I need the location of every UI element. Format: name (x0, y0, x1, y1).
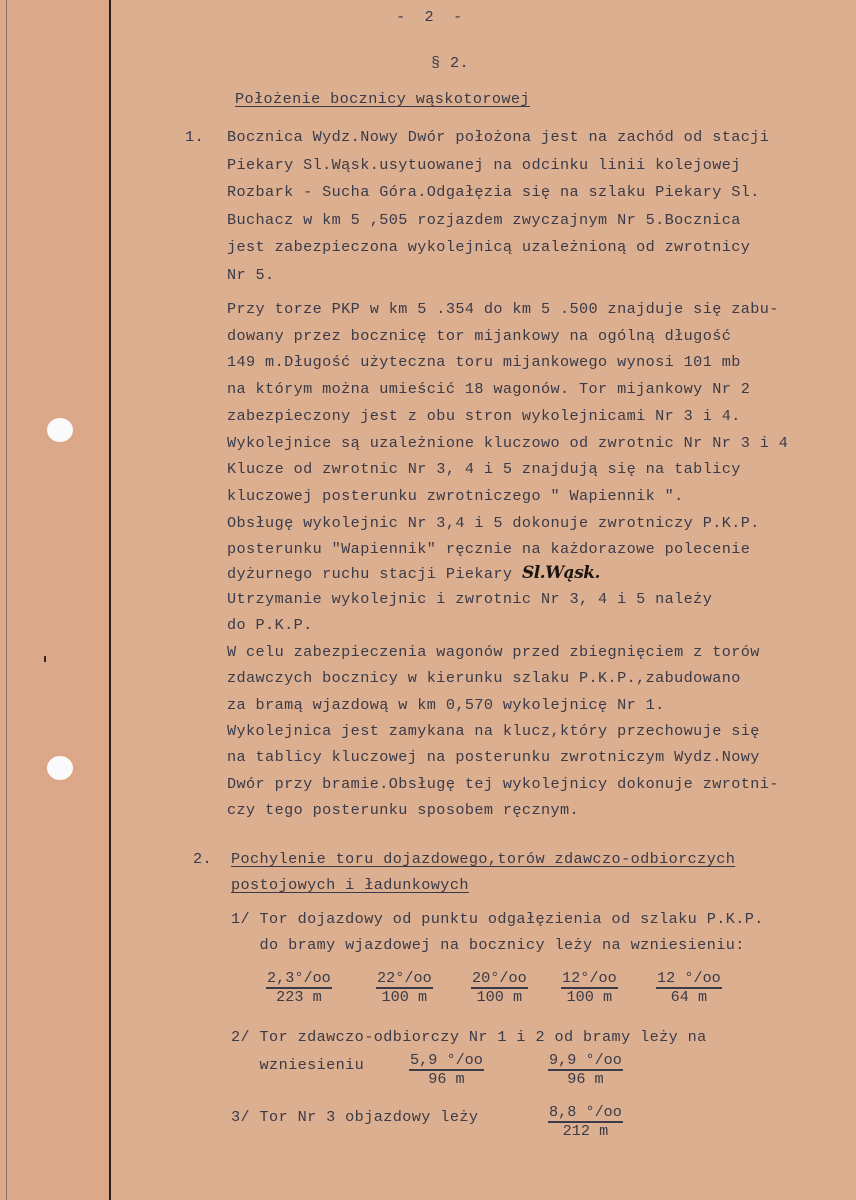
text-line: kluczowej posterunku zwrotniczego " Wapi… (227, 487, 684, 505)
gradient-value: 9,9 °/oo (548, 1052, 623, 1071)
text-line: na tablicy kluczowej na posterunku zwrot… (227, 748, 760, 766)
gradient-length: 96 m (409, 1071, 484, 1088)
text-line: Wykolejnice są uzależnione kluczowo od z… (227, 434, 788, 452)
text-line: czy tego posterunku sposobem ręcznym. (227, 801, 579, 819)
item-number: 1. (185, 128, 204, 146)
typed-page: - 2 - § 2. Położenie bocznicy wąskotorow… (111, 0, 856, 1200)
gradient-value: 12°/oo (561, 970, 618, 989)
scan-left-margin (0, 0, 110, 1200)
punch-hole (47, 418, 73, 442)
text-line: Przy torze PKP w km 5 .354 do km 5 .500 … (227, 300, 779, 318)
punch-hole (47, 756, 73, 780)
gradient-fraction: 20°/oo100 m (471, 970, 528, 1006)
text-line: posterunku "Wapiennik" ręcznie na każdor… (227, 540, 750, 558)
gradient-length: 212 m (548, 1123, 623, 1140)
gradient-length: 223 m (266, 989, 332, 1006)
gradient-length: 100 m (471, 989, 528, 1006)
item2-heading-line: Pochylenie toru dojazdowego,torów zdawcz… (231, 850, 735, 868)
text-line: W celu zabezpieczenia wagonów przed zbie… (227, 643, 760, 661)
gradient-length: 100 m (561, 989, 618, 1006)
gradient-value: 5,9 °/oo (409, 1052, 484, 1071)
sub2-line: 2/ Tor zdawczo-odbiorczy Nr 1 i 2 od bra… (231, 1028, 707, 1046)
text-line: Piekary Sl.Wąsk.usytuowanej na odcinku l… (227, 156, 741, 174)
gradient-value: 8,8 °/oo (548, 1104, 623, 1123)
gradient-fraction: 12°/oo100 m (561, 970, 618, 1006)
item2-heading-line: postojowych i ładunkowych (231, 876, 469, 894)
text-line: Buchacz w km 5 ,505 rozjazdem zwyczajnym… (227, 211, 741, 229)
text-line: Rozbark - Sucha Góra.Odgałęzia się na sz… (227, 183, 760, 201)
text-line: Nr 5. (227, 266, 275, 284)
text-line: Wykolejnica jest zamykana na klucz,który… (227, 722, 760, 740)
text-line: Obsługę wykolejnic Nr 3,4 i 5 dokonuje z… (227, 514, 760, 532)
gradient-fraction: 2,3°/oo223 m (266, 970, 332, 1006)
gradient-value: 2,3°/oo (266, 970, 332, 989)
gradient-fraction: 8,8 °/oo212 m (548, 1104, 623, 1140)
text-line: za bramą wjazdową w km 0,570 wykolejnicę… (227, 696, 665, 714)
paper-speck (44, 656, 46, 662)
gradient-fraction: 9,9 °/oo96 m (548, 1052, 623, 1088)
sub1-line: do bramy wjazdowej na bocznicy leży na w… (231, 936, 745, 954)
gradient-value: 12 °/oo (656, 970, 722, 989)
sub3-line: 3/ Tor Nr 3 objazdowy leży (231, 1108, 478, 1126)
sub2-line: wzniesieniu (231, 1056, 364, 1074)
text-line: Dwór przy bramie.Obsługę tej wykolejnicy… (227, 775, 779, 793)
text-line: zdawczych bocznicy w kierunku szlaku P.K… (227, 669, 741, 687)
line-text: dyżurnego ruchu stacji Piekary (227, 565, 522, 583)
text-line: na którym można umieścić 18 wagonów. Tor… (227, 380, 750, 398)
gradient-fraction: 22°/oo100 m (376, 970, 433, 1006)
text-line: dowany przez bocznicę tor mijankowy na o… (227, 327, 731, 345)
text-line: 149 m.Długość użyteczna toru mijankowego… (227, 353, 741, 371)
gradient-length: 64 m (656, 989, 722, 1006)
text-line: jest zabezpieczona wykolejnicą uzależnio… (227, 238, 750, 256)
text-line: Utrzymanie wykolejnic i zwrotnic Nr 3, 4… (227, 590, 712, 608)
text-line: Bocznica Wydz.Nowy Dwór położona jest na… (227, 128, 769, 146)
gradient-fraction: 5,9 °/oo96 m (409, 1052, 484, 1088)
scan-edge-line (6, 0, 7, 1200)
text-line: Klucze od zwrotnic Nr 3, 4 i 5 znajdują … (227, 460, 741, 478)
page-number: - 2 - (396, 8, 463, 26)
gradient-value: 20°/oo (471, 970, 528, 989)
section-mark: § 2. (431, 54, 469, 72)
item-number: 2. (193, 850, 212, 868)
section-title: Położenie bocznicy wąskotorowej (235, 90, 530, 108)
handwritten-note: Sl.Wąsk. (522, 563, 600, 583)
text-line: zabezpieczony jest z obu stron wykolejni… (227, 407, 741, 425)
text-line: do P.K.P. (227, 616, 313, 634)
sub1-line: 1/ Tor dojazdowy od punktu odgałęzienia … (231, 910, 764, 928)
text-line: dyżurnego ruchu stacji Piekary Sl.Wąsk. (227, 564, 600, 583)
gradient-value: 22°/oo (376, 970, 433, 989)
gradient-length: 100 m (376, 989, 433, 1006)
gradient-fraction: 12 °/oo64 m (656, 970, 722, 1006)
gradient-length: 96 m (548, 1071, 623, 1088)
